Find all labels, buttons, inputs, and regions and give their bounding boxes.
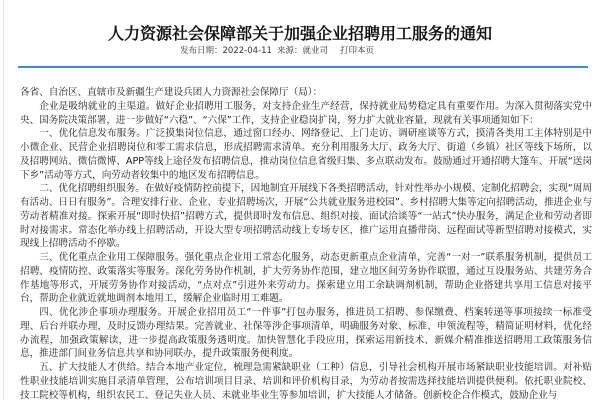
publish-date-label: 发布日期： bbox=[180, 46, 223, 56]
publish-date: 发布日期：2022-04-11 bbox=[180, 44, 272, 58]
source-value: 就业司 bbox=[303, 46, 329, 56]
source: 来源：就业司 bbox=[277, 44, 328, 58]
paragraph-4: 四、优化涉企事项办理服务。开展企业招用员工“一件事”打包办服务，推进员工招聘、参… bbox=[20, 306, 592, 361]
paragraph-1: 一、优化信息发布服务。广泛摸集岗位信息，通过窗口经办、网络登记、上门走访、调研座… bbox=[20, 127, 592, 182]
article-meta: 发布日期：2022-04-11 来源：就业司 打印本页 bbox=[0, 44, 600, 58]
print-page-link[interactable]: 打印本页 bbox=[340, 44, 374, 58]
addressee: 各省、自治区、直辖市及新疆生产建设兵团人力资源社会保障厅（局）： bbox=[20, 86, 592, 100]
paragraph-3: 三、优化重点企业用工保障服务。强化重点企业用工常态化服务，动态更新重点企业清单，… bbox=[20, 251, 592, 306]
header-divider bbox=[18, 66, 588, 68]
source-label: 来源： bbox=[277, 46, 303, 56]
article-body: 各省、自治区、直辖市及新疆生产建设兵团人力资源社会保障厅（局）： 企业是吸纳就业… bbox=[20, 86, 592, 400]
paragraph-intro: 企业是吸纳就业的主渠道。做好企业招聘用工服务，对支持企业生产经营，保持就业局势稳… bbox=[20, 100, 592, 128]
paragraph-5: 五、扩大技能人才供给。结合本地产业定位，梳理急需紧缺职业（工种）信息，引导社会机… bbox=[20, 361, 592, 400]
page-title: 人力资源社会保障部关于加强企业招聘用工服务的通知 bbox=[0, 23, 600, 45]
publish-date-value: 2022-04-11 bbox=[223, 46, 272, 56]
paragraph-2: 二、优化招聘组织服务。在做好疫情防控前提下，因地制宜开展线下各类招聘活动，针对性… bbox=[20, 182, 592, 251]
